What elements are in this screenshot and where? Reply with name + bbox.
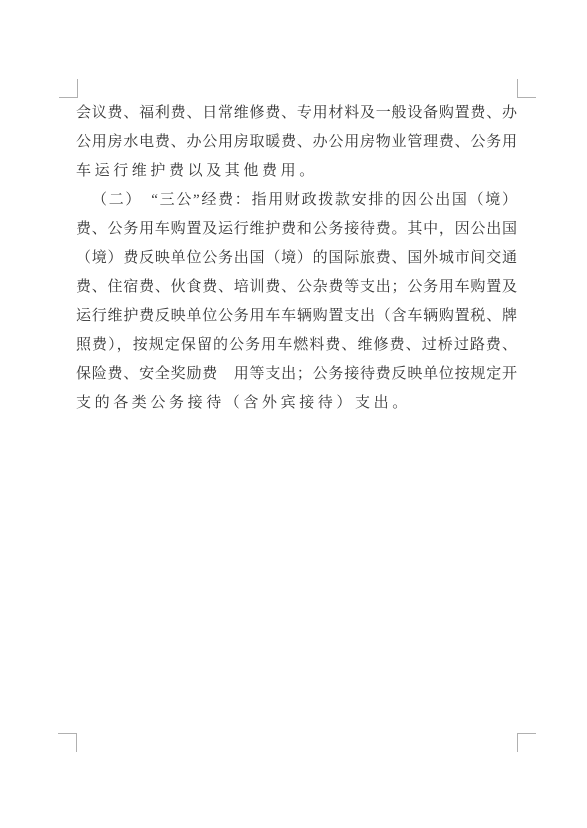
- text-line: 车运行维护费以及其他费用。: [76, 157, 517, 186]
- text-line: 运行维护费反映单位公务用车车辆购置支出（含车辆购置税、牌: [76, 302, 517, 331]
- text-line: 费、公务用车购置及运行维护费和公务接待费。其中，因公出国: [76, 215, 517, 244]
- text-line: 照费），按规定保留的公务用车燃料费、维修费、过桥过路费、: [76, 331, 517, 360]
- document-page: 会议费、福利费、日常维修费、专用材料及一般设备购置费、办公用房水电费、办公用房取…: [0, 0, 587, 828]
- crop-mark-top-left: [59, 79, 78, 98]
- crop-mark-bottom-left: [58, 733, 77, 752]
- crop-mark-bottom-right: [517, 733, 536, 752]
- text-line: 公用房水电费、办公用房取暖费、办公用房物业管理费、公务用: [76, 128, 517, 157]
- text-line: （二） “三公”经费：指用财政拨款安排的因公出国（境）: [76, 186, 517, 215]
- crop-mark-top-right: [517, 79, 536, 98]
- paragraph: （二） “三公”经费：指用财政拨款安排的因公出国（境）费、公务用车购置及运行维护…: [76, 186, 517, 418]
- text-line: （境）费反映单位公务出国（境）的国际旅费、国外城市间交通: [76, 244, 517, 273]
- text-line: 支的各类公务接待（含外宾接待）支出。: [76, 389, 517, 418]
- text-line: 会议费、福利费、日常维修费、专用材料及一般设备购置费、办: [76, 99, 517, 128]
- paragraph: 会议费、福利费、日常维修费、专用材料及一般设备购置费、办公用房水电费、办公用房取…: [76, 99, 517, 186]
- document-text: 会议费、福利费、日常维修费、专用材料及一般设备购置费、办公用房水电费、办公用房取…: [76, 99, 517, 418]
- text-line: 保险费、安全奖励费 用等支出；公务接待费反映单位按规定开: [76, 360, 517, 389]
- text-line: 费、住宿费、伙食费、培训费、公杂费等支出；公务用车购置及: [76, 273, 517, 302]
